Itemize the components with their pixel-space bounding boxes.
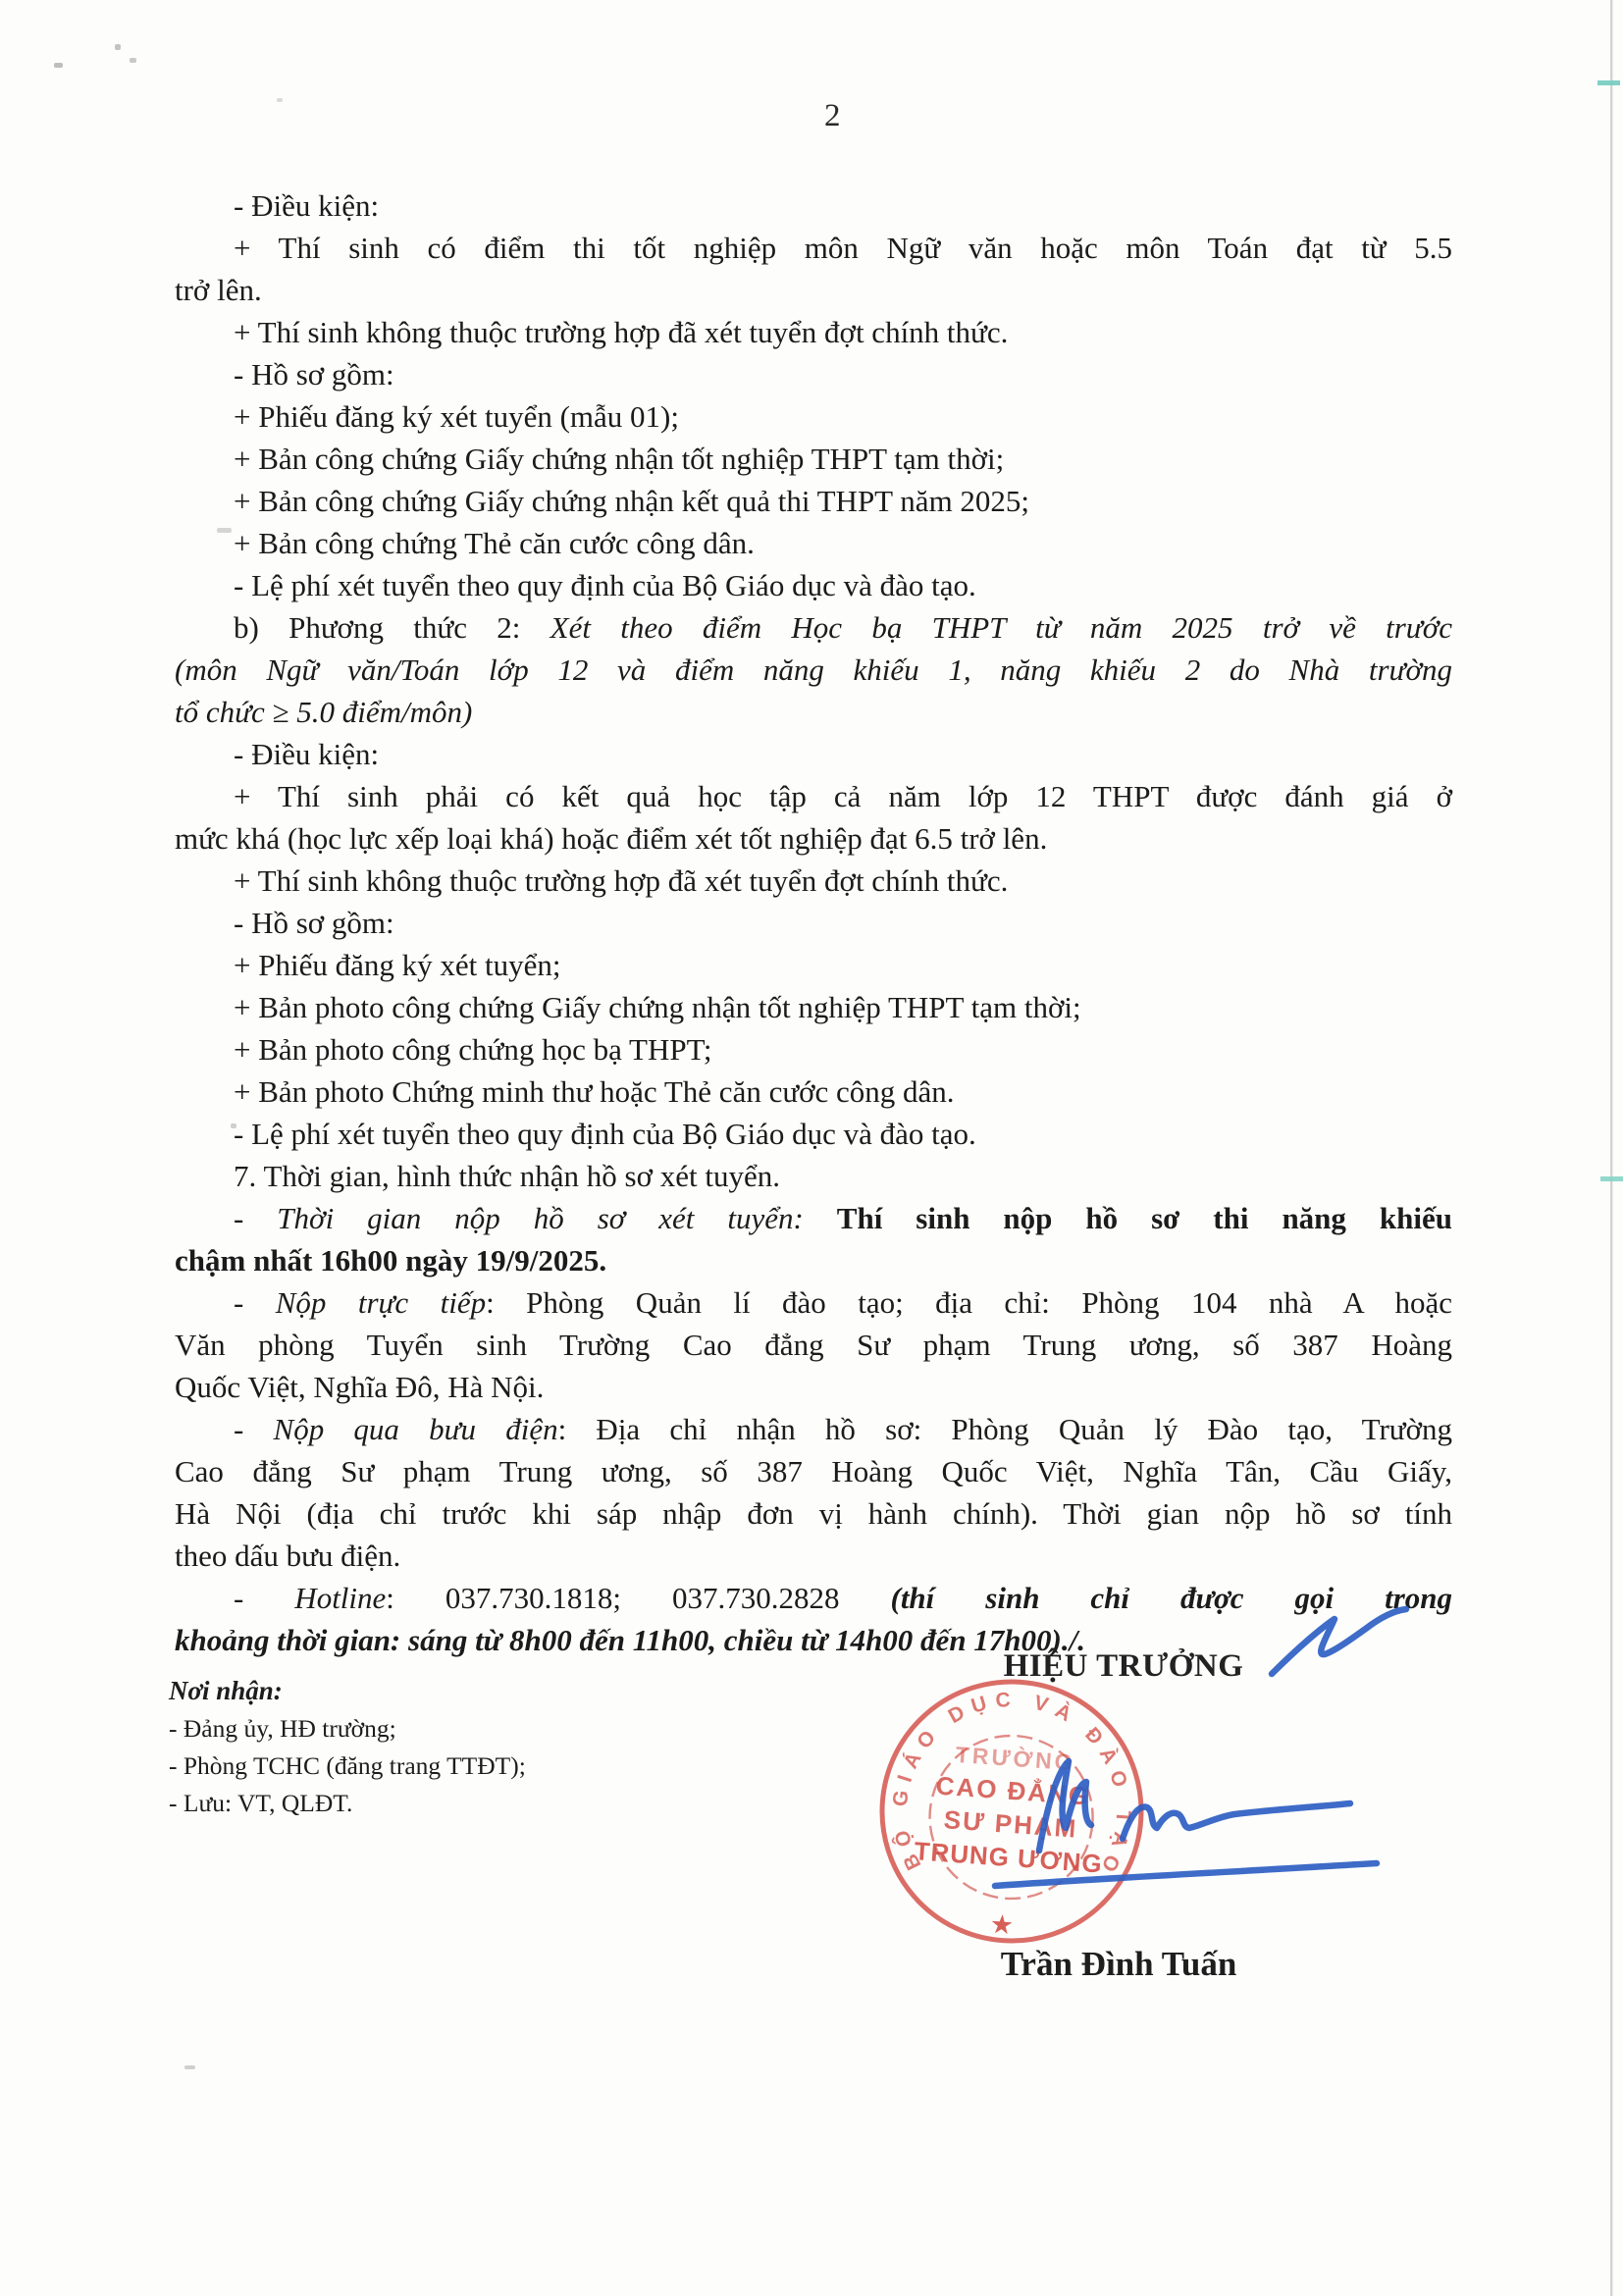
- text-line: + Bản photo công chứng Giấy chứng nhận t…: [175, 986, 1452, 1028]
- text-line: + Thí sinh không thuộc trường hợp đã xét…: [175, 311, 1452, 353]
- text-line: theo dấu bưu điện.: [175, 1535, 1452, 1577]
- text-segment: - Lệ phí xét tuyển theo quy định của Bộ …: [234, 568, 976, 602]
- text-segment: trở lên.: [175, 273, 262, 307]
- text-segment: + Phiếu đăng ký xét tuyển;: [234, 948, 560, 982]
- text-segment: + Thí sinh có điểm thi tốt nghiệp môn Ng…: [234, 231, 1452, 265]
- text-segment: tổ chức ≥ 5.0 điểm/môn): [175, 695, 472, 729]
- text-segment: chậm nhất 16h00 ngày 19/9/2025.: [175, 1243, 606, 1278]
- text-segment: + Bản công chứng Giấy chứng nhận tốt ngh…: [234, 442, 1004, 476]
- text-line: + Thí sinh không thuộc trường hợp đã xét…: [175, 860, 1452, 902]
- text-line: + Bản photo công chứng học bạ THPT;: [175, 1028, 1452, 1070]
- signature-initials: [1039, 1761, 1091, 1851]
- stamp-ring-text: BỘ GIÁO DỤC VÀ ĐÀO TẠO: [884, 1681, 1142, 1890]
- page-number: 2: [824, 98, 841, 134]
- text-line: - Hotline: 037.730.1818; 037.730.2828 (t…: [175, 1577, 1452, 1619]
- recipient-item: - Phòng TCHC (đăng trang TTĐT);: [169, 1748, 526, 1785]
- text-segment: + Bản photo công chứng Giấy chứng nhận t…: [234, 990, 1081, 1024]
- stamp-line-2: CAO ĐẲNG: [935, 1771, 1091, 1811]
- text-line: - Lệ phí xét tuyển theo quy định của Bộ …: [175, 564, 1452, 606]
- text-segment: Quốc Việt, Nghĩa Đô, Hà Nội.: [175, 1370, 544, 1404]
- text-segment: khoảng thời gian: sáng từ 8h00 đến 11h00…: [175, 1623, 1085, 1657]
- text-segment: + Bản công chứng Giấy chứng nhận kết quả…: [234, 484, 1029, 518]
- text-line: - Hồ sơ gồm:: [175, 902, 1452, 944]
- recipients-label: Nơi nhận:: [169, 1671, 526, 1710]
- text-segment: - Thời gian nộp hồ sơ xét tuyển:: [234, 1201, 837, 1235]
- stamp-star-icon: ★: [989, 1909, 1015, 1941]
- text-line: tổ chức ≥ 5.0 điểm/môn): [175, 691, 1452, 733]
- text-line: Văn phòng Tuyển sinh Trường Cao đẳng Sư …: [175, 1324, 1452, 1366]
- text-segment: + Bản photo Chứng minh thư hoặc Thẻ căn …: [234, 1074, 955, 1109]
- text-segment: + Bản công chứng Thẻ căn cước công dân.: [234, 526, 755, 560]
- text-segment: + Thí sinh phải có kết quả học tập cả nă…: [234, 779, 1452, 813]
- text-segment: Thí sinh nộp hồ sơ thi năng khiếu: [837, 1201, 1452, 1235]
- text-line: + Bản photo Chứng minh thư hoặc Thẻ căn …: [175, 1070, 1452, 1113]
- text-segment: - Hồ sơ gồm:: [234, 357, 394, 391]
- text-segment: + Thí sinh không thuộc trường hợp đã xét…: [234, 863, 1008, 898]
- text-line: + Thí sinh phải có kết quả học tập cả nă…: [175, 775, 1452, 817]
- text-line: Hà Nội (địa chỉ trước khi sáp nhập đơn v…: [175, 1492, 1452, 1535]
- text-segment: : Địa chỉ nhận hồ sơ: Phòng Quản lý Đào …: [558, 1412, 1452, 1446]
- text-line: Quốc Việt, Nghĩa Đô, Hà Nội.: [175, 1366, 1452, 1408]
- text-segment: - Hồ sơ gồm:: [234, 906, 394, 940]
- signature-underline: [995, 1863, 1377, 1886]
- text-segment: (thí sinh chỉ được gọi trong: [891, 1581, 1453, 1615]
- text-segment: mức khá (học lực xếp loại khá) hoặc điểm…: [175, 821, 1047, 856]
- text-line: - Nộp qua bưu điện: Địa chỉ nhận hồ sơ: …: [175, 1408, 1452, 1450]
- recipients-block: Nơi nhận: - Đảng ủy, HĐ trường;- Phòng T…: [169, 1671, 526, 1822]
- text-line: + Bản công chứng Thẻ căn cước công dân.: [175, 522, 1452, 564]
- text-line: trở lên.: [175, 269, 1452, 311]
- text-line: + Phiếu đăng ký xét tuyển;: [175, 944, 1452, 986]
- text-line: (môn Ngữ văn/Toán lớp 12 và điểm năng kh…: [175, 649, 1452, 691]
- text-line: b) Phương thức 2: Xét theo điểm Học bạ T…: [175, 606, 1452, 649]
- text-segment: - Điều kiện:: [234, 737, 379, 771]
- text-segment: : 037.730.1818; 037.730.2828: [386, 1581, 890, 1615]
- text-segment: Hà Nội (địa chỉ trước khi sáp nhập đơn v…: [175, 1496, 1452, 1531]
- text-line: - Lệ phí xét tuyển theo quy định của Bộ …: [175, 1113, 1452, 1155]
- document-body: - Điều kiện:+ Thí sinh có điểm thi tốt n…: [175, 184, 1452, 1661]
- text-segment: theo dấu bưu điện.: [175, 1539, 400, 1573]
- text-segment: Cao đẳng Sư phạm Trung ương, số 387 Hoàn…: [175, 1454, 1452, 1488]
- text-line: + Thí sinh có điểm thi tốt nghiệp môn Ng…: [175, 227, 1452, 269]
- text-segment: - Điều kiện:: [234, 188, 379, 223]
- text-segment: b) Phương thức 2:: [234, 610, 550, 645]
- text-segment: - Nộp qua bưu điện: [234, 1412, 558, 1446]
- text-segment: - Hotline: [234, 1581, 386, 1615]
- recipients-list: - Đảng ủy, HĐ trường;- Phòng TCHC (đăng …: [169, 1710, 526, 1822]
- stamp-line-3: SƯ PHẠM: [943, 1804, 1078, 1843]
- scan-line-artifact: [1597, 0, 1623, 2296]
- text-segment: Xét theo điểm Học bạ THPT từ năm 2025 tr…: [550, 610, 1452, 645]
- text-line: + Bản công chứng Giấy chứng nhận tốt ngh…: [175, 438, 1452, 480]
- recipient-item: - Đảng ủy, HĐ trường;: [169, 1710, 526, 1748]
- text-line: + Bản công chứng Giấy chứng nhận kết quả…: [175, 480, 1452, 522]
- text-line: - Thời gian nộp hồ sơ xét tuyển: Thí sin…: [175, 1197, 1452, 1239]
- text-line: 7. Thời gian, hình thức nhận hồ sơ xét t…: [175, 1155, 1452, 1197]
- stamp-line-4: TRUNG ƯƠNG: [914, 1836, 1104, 1878]
- text-segment: - Nộp trực tiếp: [234, 1285, 486, 1320]
- signer-name: Trần Đình Tuấn: [971, 1945, 1266, 1984]
- text-line: Cao đẳng Sư phạm Trung ương, số 387 Hoàn…: [175, 1450, 1452, 1492]
- signer-title: HIỆU TRƯỞNG: [976, 1648, 1271, 1685]
- text-line: - Điều kiện:: [175, 733, 1452, 775]
- text-line: chậm nhất 16h00 ngày 19/9/2025.: [175, 1239, 1452, 1281]
- text-line: - Hồ sơ gồm:: [175, 353, 1452, 395]
- text-segment: + Thí sinh không thuộc trường hợp đã xét…: [234, 315, 1008, 349]
- red-stamp: BỘ GIÁO DỤC VÀ ĐÀO TẠO TRƯỜNG CAO ĐẲNG S…: [873, 1673, 1150, 1950]
- text-segment: Văn phòng Tuyển sinh Trường Cao đẳng Sư …: [175, 1328, 1452, 1362]
- recipient-item: - Lưu: VT, QLĐT.: [169, 1785, 526, 1822]
- stamp-line-1: TRƯỜNG: [955, 1741, 1075, 1775]
- text-segment: : Phòng Quản lí đào tạo; địa chỉ: Phòng …: [486, 1285, 1452, 1320]
- text-segment: - Lệ phí xét tuyển theo quy định của Bộ …: [234, 1117, 976, 1151]
- document-page: 2 - Điều kiện:+ Thí sinh có điểm thi tốt…: [0, 0, 1623, 2296]
- text-line: - Nộp trực tiếp: Phòng Quản lí đào tạo; …: [175, 1281, 1452, 1324]
- text-line: mức khá (học lực xếp loại khá) hoặc điểm…: [175, 817, 1452, 860]
- text-line: + Phiếu đăng ký xét tuyển (mẫu 01);: [175, 395, 1452, 438]
- text-segment: (môn Ngữ văn/Toán lớp 12 và điểm năng kh…: [175, 652, 1452, 687]
- text-segment: 7. Thời gian, hình thức nhận hồ sơ xét t…: [234, 1159, 780, 1193]
- text-line: - Điều kiện:: [175, 184, 1452, 227]
- text-segment: + Bản photo công chứng học bạ THPT;: [234, 1032, 711, 1067]
- text-segment: + Phiếu đăng ký xét tuyển (mẫu 01);: [234, 399, 679, 434]
- signature-loops: [1123, 1803, 1350, 1839]
- svg-text:BỘ GIÁO DỤC VÀ ĐÀO TẠO: BỘ GIÁO DỤC VÀ ĐÀO TẠO: [884, 1681, 1142, 1890]
